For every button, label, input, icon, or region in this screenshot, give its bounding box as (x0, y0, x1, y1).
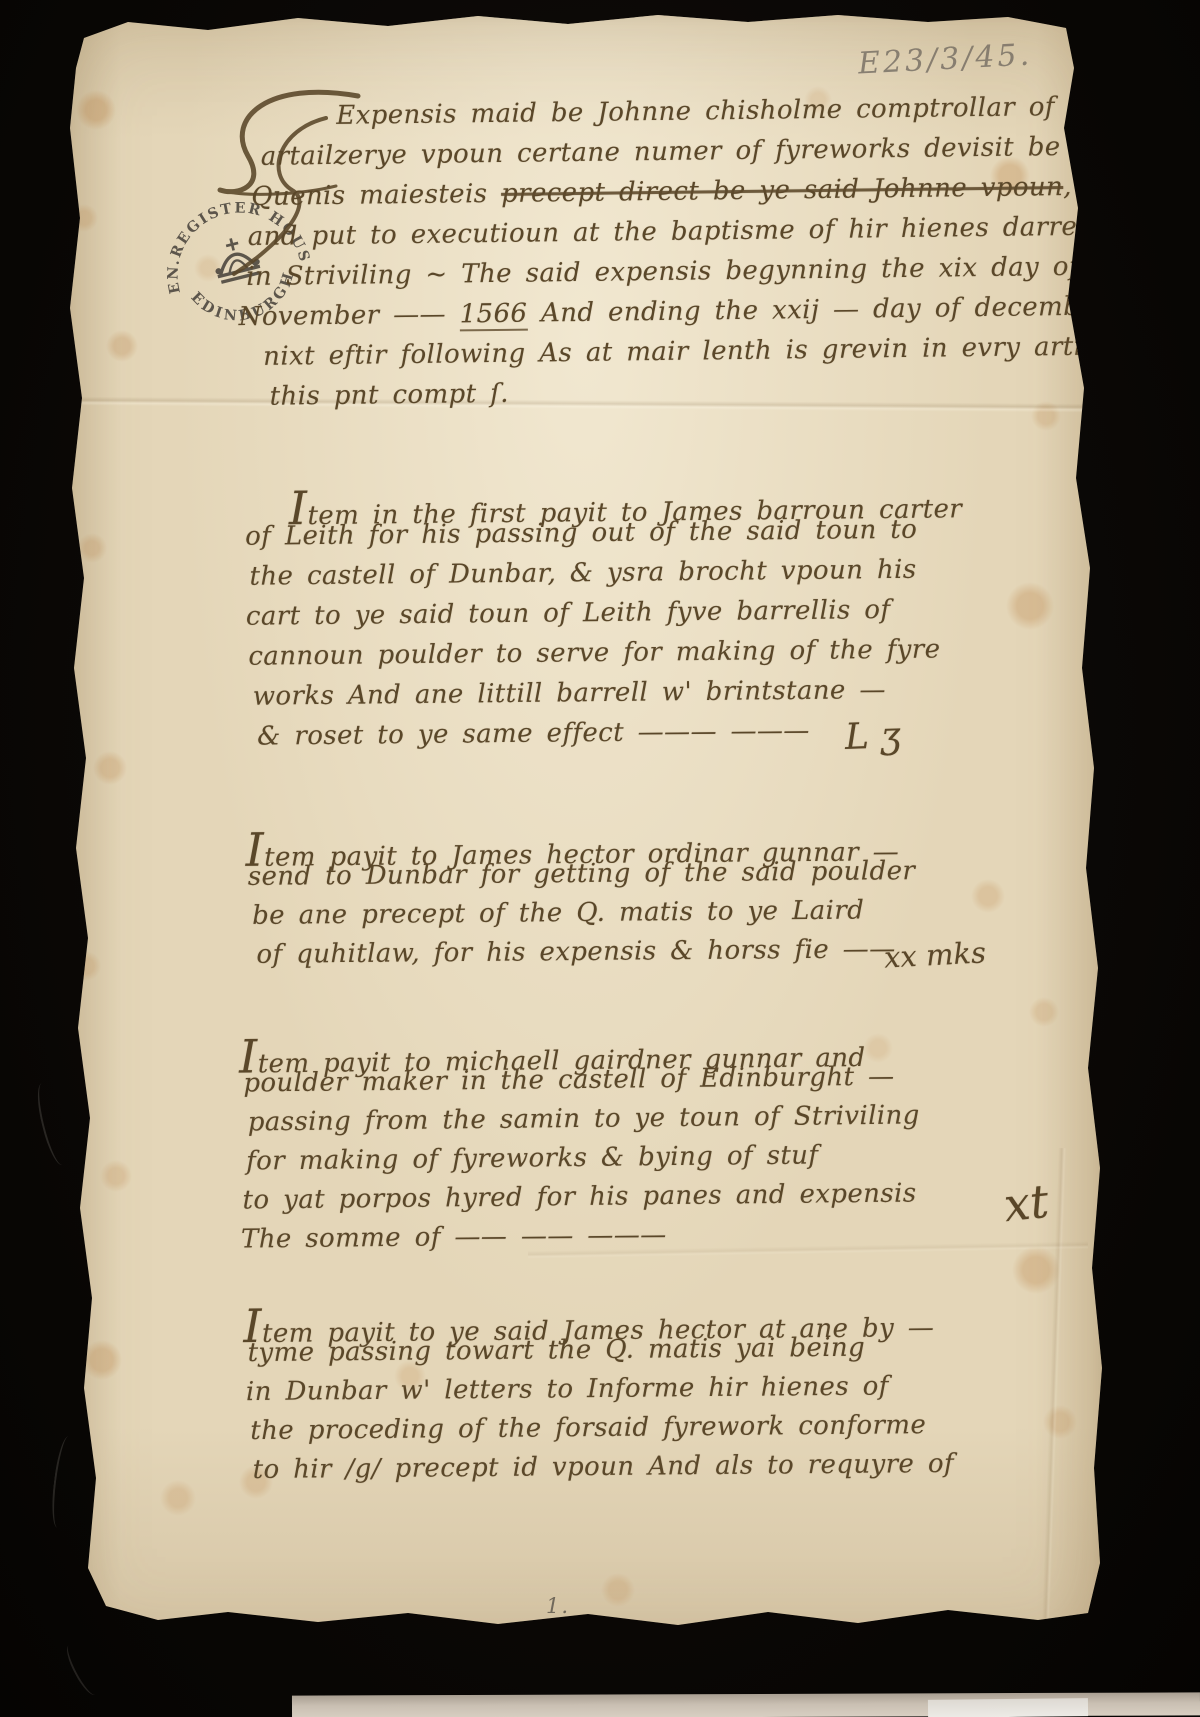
manuscript-line: in Dunbar w' letters to Informe hir hien… (246, 1371, 954, 1416)
item-block-2: Item payit to James hector ordinar gunna… (245, 817, 916, 979)
binding-cord (0, 23, 91, 647)
manuscript-line: tyme passing towart the Q. matis yai bei… (248, 1332, 954, 1377)
manuscript-line: Item in the first payit to James barroun… (289, 474, 963, 521)
manuscript-text: Expensis maid be Johnne chisholme comptr… (58, 8, 1110, 1656)
item-block-4: Item payit to ye said James hector at an… (243, 1293, 954, 1494)
manuscript-line: Item payit to James hector ordinar gunna… (245, 817, 915, 862)
manuscript-line: The somme of —— —— ——— (241, 1217, 921, 1263)
underlying-page-corner (928, 1698, 1088, 1717)
photograph: ·GEN.REGISTER HOUSE· EDINBURGH E23/3/45.… (0, 0, 1200, 1717)
background-scuff (32, 1081, 72, 1167)
manuscript-line: Expensis maid be Johnne chisholme comptr… (336, 90, 1200, 141)
manuscript-line: send to Dunbar for getting of the said p… (248, 856, 916, 901)
background-scuff (62, 1642, 102, 1699)
sum-amount: xt (1001, 1174, 1051, 1232)
manuscript-line: Item payit to ye said James hector at an… (243, 1293, 953, 1338)
manuscript-page: ·GEN.REGISTER HOUSE· EDINBURGH E23/3/45.… (58, 8, 1110, 1656)
manuscript-line: of quhitlaw, for his expensis & horss fi… (256, 934, 916, 979)
item-block-3: Item payit to michaell gairdner gunnar a… (239, 1022, 921, 1263)
sum-amount: xx mks (883, 935, 987, 974)
background-scuff (48, 1435, 77, 1529)
heading-block: Expensis maid be Johnne chisholme comptr… (236, 90, 1200, 422)
manuscript-line: to hir /g/ precept id vpoun And als to r… (253, 1449, 955, 1494)
manuscript-line: the proceding of the forsaid fyrework co… (250, 1410, 954, 1455)
sum-amount: L ʒ (844, 715, 901, 758)
manuscript-line: be ane precept of the Q. matis to ye Lai… (252, 895, 916, 940)
page-number: 1. (546, 1594, 570, 1618)
